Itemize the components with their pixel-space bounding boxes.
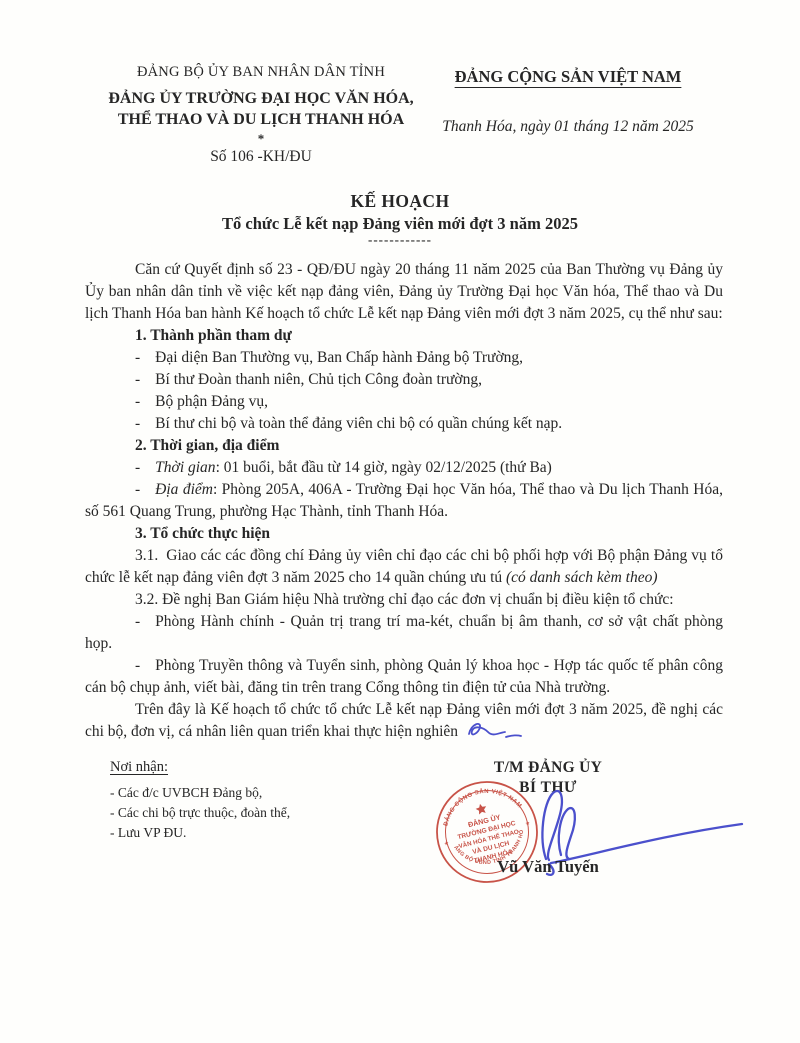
time-label: Thời gian	[155, 459, 215, 476]
document-number: Số 106 -KH/ĐU	[100, 148, 422, 166]
document-page: ĐẢNG BỘ ỦY BAN NHÂN DÂN TỈNH ĐẢNG ỦY TRƯ…	[0, 0, 800, 1043]
document-body: Căn cứ Quyết định số 23 - QĐ/ĐU ngày 20 …	[85, 259, 723, 743]
time-value: : 01 buổi, bắt đầu từ 14 giờ, ngày 02/12…	[216, 459, 552, 476]
org-name-line1: ĐẢNG ỦY TRƯỜNG ĐẠI HỌC VĂN HÓA,	[100, 88, 422, 109]
list-item: -Phòng Hành chính - Quản trị trang trí m…	[85, 611, 723, 655]
ink-squiggle-icon	[462, 719, 524, 743]
hammer-sickle-icon	[475, 803, 488, 815]
party-name: ĐẢNG CỘNG SẢN VIỆT NAM	[422, 67, 714, 87]
list-item: -Đại diện Ban Thường vụ, Ban Chấp hành Đ…	[85, 347, 723, 369]
list-item: -Bộ phận Đảng vụ,	[85, 391, 723, 413]
section3-heading: 3. Tổ chức thực hiện	[85, 523, 723, 545]
place-date-line: Thanh Hóa, ngày 01 tháng 12 năm 2025	[422, 118, 714, 136]
clause-note: (có danh sách kèm theo)	[506, 569, 658, 586]
on-behalf-line: T/M ĐẢNG ỦY	[428, 759, 668, 777]
recipients-block: Nơi nhận: - Các đ/c UVBCH Đảng bộ, - Các…	[110, 759, 290, 877]
closing-paragraph: Trên đây là Kế hoạch tổ chức tổ chức Lễ …	[85, 699, 723, 743]
dash-marker: -	[135, 613, 140, 630]
place-line: -Địa điểm: Phòng 205A, 406A - Trường Đại…	[85, 479, 723, 523]
recipients-label: Nơi nhận:	[110, 759, 290, 776]
list-item: -Phòng Truyền thông và Tuyển sinh, phòng…	[85, 655, 723, 699]
document-header: ĐẢNG BỘ ỦY BAN NHÂN DÂN TỈNH ĐẢNG ỦY TRƯ…	[0, 0, 800, 166]
parent-org-name: ĐẢNG BỘ ỦY BAN NHÂN DÂN TỈNH	[100, 64, 422, 81]
dash-marker: -	[135, 481, 140, 498]
section2-heading: 2. Thời gian, địa điểm	[85, 435, 723, 457]
place-label: Địa điểm	[155, 481, 213, 498]
dash-marker: -	[135, 371, 140, 388]
stamp-star-left-icon: ★	[443, 840, 450, 848]
document-title-block: KẾ HOẠCH Tổ chức Lễ kết nạp Đảng viên mớ…	[0, 191, 800, 246]
signer-name: Vũ Văn Tuyến	[428, 857, 668, 877]
list-item-text: Bí thư Đoàn thanh niên, Chủ tịch Công đo…	[155, 371, 482, 388]
section1-heading: 1. Thành phần tham dự	[85, 325, 723, 347]
document-footer: Nơi nhận: - Các đ/c UVBCH Đảng bộ, - Các…	[110, 759, 668, 877]
dash-marker: -	[135, 349, 140, 366]
recipient-item: - Lưu VP ĐU.	[110, 823, 290, 843]
recipients-list: - Các đ/c UVBCH Đảng bộ, - Các chi bộ tr…	[110, 783, 290, 843]
dash-marker: -	[135, 393, 140, 410]
recipient-item: - Các chi bộ trực thuộc, đoàn thể,	[110, 803, 290, 823]
dash-marker: -	[135, 657, 140, 674]
time-line: -Thời gian: 01 buổi, bắt đầu từ 14 giờ, …	[85, 457, 723, 479]
intro-paragraph: Căn cứ Quyết định số 23 - QĐ/ĐU ngày 20 …	[85, 259, 723, 325]
list-item: -Bí thư Đoàn thanh niên, Chủ tịch Công đ…	[85, 369, 723, 391]
national-motto-block: ĐẢNG CỘNG SẢN VIỆT NAM Thanh Hóa, ngày 0…	[422, 64, 714, 166]
dash-marker: -	[135, 459, 140, 476]
title-divider: ------------	[0, 234, 800, 246]
list-item-text: Đại diện Ban Thường vụ, Ban Chấp hành Đả…	[155, 349, 523, 366]
list-item-text: Phòng Truyền thông và Tuyển sinh, phòng …	[85, 657, 723, 696]
header-separator-star: *	[100, 133, 422, 145]
recipient-item: - Các đ/c UVBCH Đảng bộ,	[110, 783, 290, 803]
org-name-line2: THỂ THAO VÀ DU LỊCH THANH HÓA	[100, 109, 422, 130]
paragraph-3-1: 3.1.Giao các các đồng chí Đảng ủy viên c…	[85, 545, 723, 589]
document-title: KẾ HOẠCH	[0, 191, 800, 212]
paragraph-3-2: 3.2. Đề nghị Ban Giám hiệu Nhà trường ch…	[85, 589, 723, 611]
clause-number: 3.1.	[135, 547, 158, 564]
list-item-text: Bộ phận Đảng vụ,	[155, 393, 268, 410]
list-item-text: Phòng Hành chính - Quản trị trang trí ma…	[85, 613, 723, 652]
list-item: -Bí thư chi bộ và toàn thể đảng viên chi…	[85, 413, 723, 435]
issuing-org-block: ĐẢNG BỘ ỦY BAN NHÂN DÂN TỈNH ĐẢNG ỦY TRƯ…	[100, 64, 422, 166]
list-item-text: Bí thư chi bộ và toàn thể đảng viên chi …	[155, 415, 562, 432]
closing-text: Trên đây là Kế hoạch tổ chức tổ chức Lễ …	[85, 701, 723, 740]
document-subtitle: Tổ chức Lễ kết nạp Đảng viên mới đợt 3 n…	[0, 214, 800, 234]
signature-block: T/M ĐẢNG ỦY BÍ THƯ ĐẢNG CỘNG SẢN VIỆT NA…	[428, 759, 668, 877]
dash-marker: -	[135, 415, 140, 432]
